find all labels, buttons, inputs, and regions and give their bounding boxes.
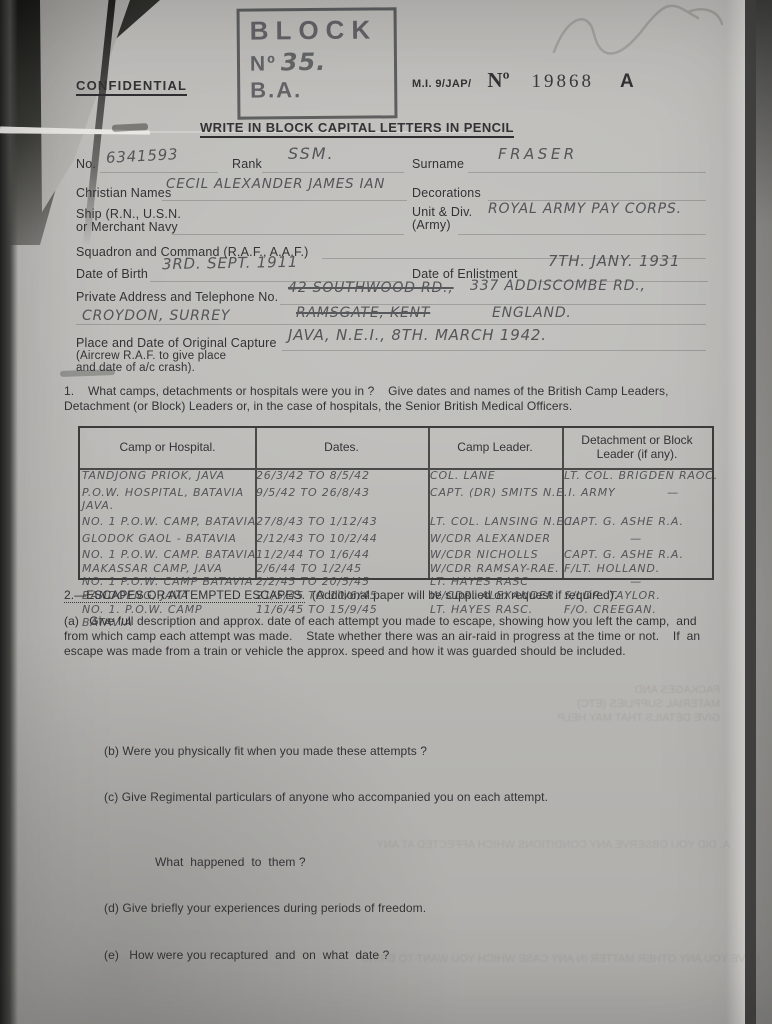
classification-label: CONFIDENTIAL [76,78,187,93]
table-row: P.O.W. HOSPITAL, BATAVIA JAVA. 9/5/42 TO… [78,487,710,503]
address-label: Private Address and Telephone No. [76,290,278,304]
address-value-1: 337 ADDISCOMBE RD., [470,278,646,294]
date-of-birth-value: 3RD. SEPT. 1911 [162,253,298,273]
enlistment-value: 7TH. JANY. 1931 [548,252,680,270]
table-row: GLODOK GAOL - BATAVIA 2/12/43 TO 10/2/44… [78,533,710,549]
question-2c-followup: What happened to them ? [155,855,306,870]
christian-names-label: Christian Names [76,186,171,200]
unit-label-line2: (Army) [412,218,451,232]
document-page: CONFIDENTIAL BLOCK Nº35. B.A. M.I. 9/JAP… [0,0,772,1024]
photo-edge-left [0,0,18,1024]
stamp-line3: B.A. [250,76,384,103]
stamp-handwritten-number: 35. [281,48,327,76]
rank-value: SSM. [288,144,335,163]
capture-note-line1: (Aircrew R.A.F. to give place [76,350,226,362]
photo-edge-right-shadow [745,0,756,1024]
pencil-scribble [548,4,728,66]
form-instruction: WRITE IN BLOCK CAPITAL LETTERS IN PENCIL [200,120,514,135]
ref-number: 19868 [532,71,595,92]
no-label: No. [76,157,96,171]
date-of-birth-label: Date of Birth [76,267,148,281]
stamp-line2: Nº35. [250,47,384,76]
question-2-note: (Additional paper will be supplied on re… [305,588,617,602]
address-value-2: CROYDON, SURREY [82,308,230,324]
capture-label: Place and Date of Original Capture [76,336,277,350]
ref-series-letter: A [620,71,634,92]
table-header-leader: Camp Leader. [428,440,562,454]
table-row: TANDJONG PRIOK, JAVA 26/3/42 TO 8/5/42 C… [78,470,710,486]
capture-note-line2: and date of a/c crash). [76,362,195,374]
surname-value: FRASER [498,145,578,163]
question-2d: (d) Give briefly your experiences during… [104,901,426,916]
capture-value: JAVA, N.E.I., 8TH. MARCH 1942. [288,326,547,344]
address-struck-2: RAMSGATE, KENT [296,305,430,321]
bleed-through-text: HAVE YOU ANY OTHER MATTER IN ANY CASE WH… [330,952,760,966]
ref-no-label: Nº [487,68,509,92]
address-struck-1: 42 SOUTHWOOD RD., [288,280,454,296]
rank-label: Rank [232,157,262,171]
surname-label: Surname [412,157,464,171]
christian-names-value: CECIL ALEXANDER JAMES IAN [166,176,385,192]
question-1: 1. What camps, detachments or hospitals … [64,384,714,414]
form-code: M.I. 9/JAP/ [412,78,471,90]
table-header-camp: Camp or Hospital. [80,440,255,454]
photo-edge-right-backing [756,0,772,1024]
ship-label-line1: Ship (R.N., U.S.N. [76,207,181,221]
unit-label-line1: Unit & Div. [412,205,472,219]
question-2e: (e) How were you recaptured and on what … [104,948,389,963]
no-value: 6341593 [106,145,179,167]
unit-value: ROYAL ARMY PAY CORPS. [488,201,682,217]
table-header-detachment: Detachment or Block Leader (if any). [562,434,712,461]
decorations-label: Decorations [412,186,481,200]
block-number-stamp: BLOCK Nº35. B.A. [237,7,398,119]
bleed-through-text: PACKAGES AND MATERIAL SUPPLIES (ETC) GIV… [460,683,720,725]
table-row: NO. 1 P.O.W. CAMP, BATAVIA 27/8/43 TO 1/… [78,516,710,532]
question-2-heading: 2.—ESCAPES OR ATTEMPTED ESCAPES. (Additi… [64,588,714,603]
ship-label-line2: or Merchant Navy [76,220,178,234]
question-2b: (b) Were you physically fit when you mad… [104,744,427,759]
bleed-through-text: A. DID YOU OBSERVE ANY CONDITIONS WHICH … [290,838,730,852]
address-value-3: ENGLAND. [492,305,572,321]
question-2c: (c) Give Regimental particulars of anyon… [104,790,548,805]
stamp-line1: BLOCK [250,14,384,46]
table-header-dates: Dates. [255,440,428,454]
question-2a: (a) Give full description and approx. da… [64,614,716,659]
question-2-title: 2.—ESCAPES OR ATTEMPTED ESCAPES. [64,588,305,603]
form-reference: M.I. 9/JAP/Nº19868A [412,68,722,93]
